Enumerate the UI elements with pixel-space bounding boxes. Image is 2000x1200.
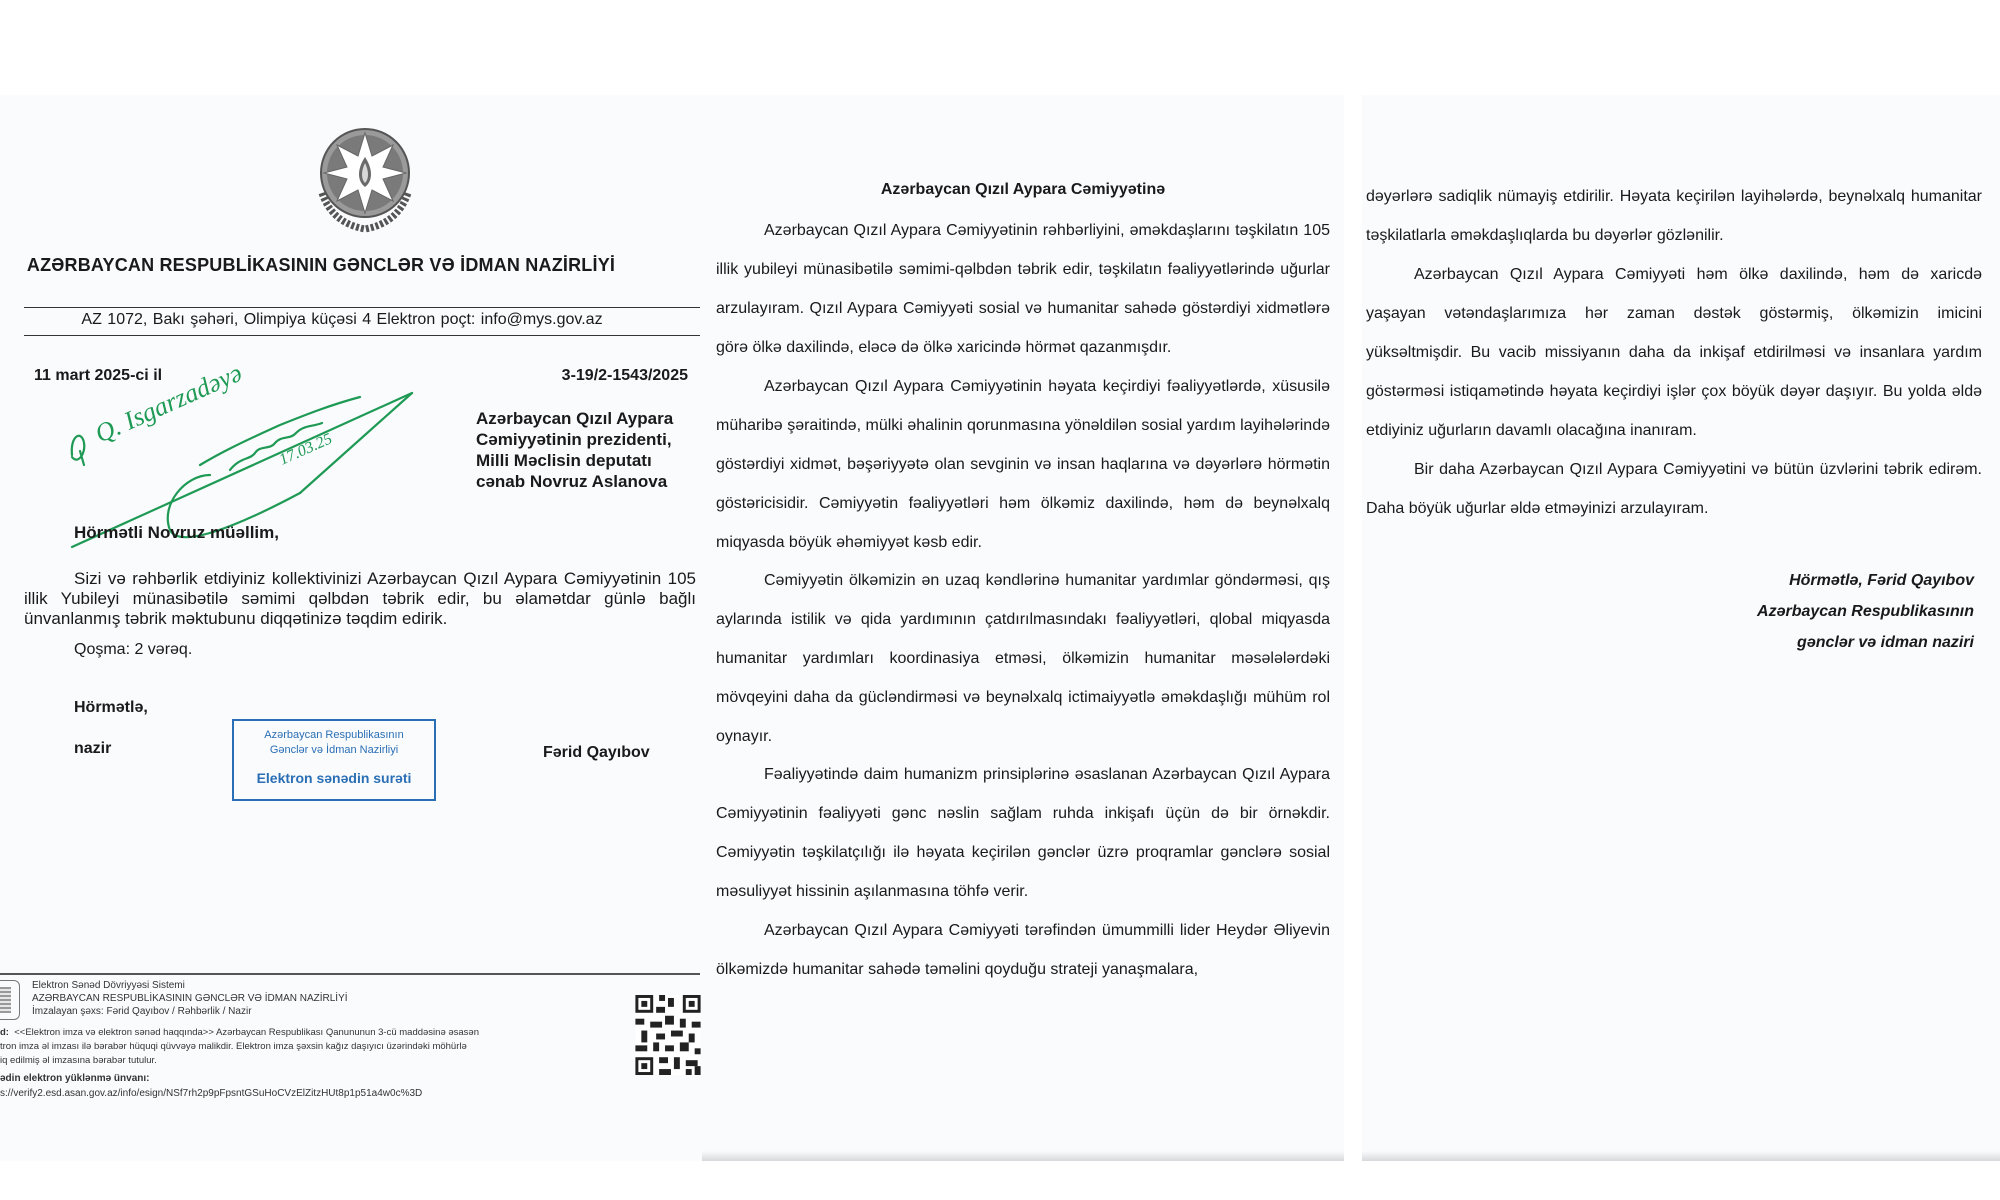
download-url[interactable]: s://verify2.esd.asan.gov.az/info/esign/N… [0,1088,422,1099]
recipient-line: Milli Məclisin deputatı [476,450,673,471]
esign-info: Elektron Sənəd Dövriyyəsi Sistemi AZƏRBA… [32,979,348,1018]
page-edge [702,1151,1344,1161]
paragraph: Azərbaycan Qızıl Aypara Cəmiyyətinin rəh… [716,211,1330,367]
letter-date: 11 mart 2025-ci il [34,367,162,385]
handwritten-resolution: Q. Isgarzadəyə 17.03.25 [60,325,440,555]
divider [24,307,700,308]
ministry-address: AZ 1072, Bakı şəhəri, Olimpiya küçəsi 4 … [24,311,700,329]
download-url-label: ədin elektron yüklənmə ünvanı: [0,1073,149,1084]
stamp-line: Azərbaycan Respublikasının [234,728,434,743]
recipient-line: cənab Novruz Aslanova [476,471,673,492]
paragraph: Bir daha Azərbaycan Qızıl Aypara Cəmiyyə… [1366,450,1982,528]
paragraph: Cəmiyyətin ölkəmizin ən uzaq kəndlərinə … [716,561,1330,756]
signature-line: gənclər və idman naziri [1757,627,1974,658]
signature-line: Azərbaycan Respublikasının [1757,596,1974,627]
paragraph-text: Bir daha Azərbaycan Qızıl Aypara Cəmiyyə… [1366,461,1982,517]
closing: Hörmətlə, [74,699,148,717]
paragraph: Azərbaycan Qızıl Aypara Cəmiyyətinin həy… [716,367,1330,562]
ministry-title: AZƏRBAYCAN RESPUBLİKASININ GƏNCLƏR VƏ İD… [0,255,702,276]
paragraph: dəyərlərə sadiqlik nümayiş etdirilir. Hə… [1366,177,1982,255]
stamp-line: Gənclər və İdman Nazirliyi [234,743,434,758]
handwritten-date: 17.03.25 [277,430,335,468]
recipient-block: Azərbaycan Qızıl Aypara Cəmiyyətinin pre… [476,408,673,492]
paragraph-text: dəyərlərə sadiqlik nümayiş etdirilir. Hə… [1366,188,1982,244]
stamp-title: Elektron sənədin surəti [234,770,434,786]
congratulation-letter-page-2: dəyərlərə sadiqlik nümayiş etdirilir. Hə… [1362,95,2000,1161]
letter-body: Sizi və rəhbərlik etdiyiniz kollektivini… [24,569,696,629]
legal-label: d: [0,1027,9,1038]
signer-title: nazir [74,740,111,758]
legal-text: iq edilmiş əl imzasına bərabər tutulur. [0,1054,500,1068]
legal-text: <<Elektron imza və elektron sənəd haqqın… [14,1027,479,1038]
cover-letter-page: AZƏRBAYCAN RESPUBLİKASININ GƏNCLƏR VƏ İD… [0,95,702,1161]
legal-text: tron imza əl imzası ilə bərabər hüquqi q… [0,1040,500,1054]
congratulation-letter-page-1: Azərbaycan Qızıl Aypara Cəmiyyətinə Azər… [702,95,1344,1161]
signature-block: Hörmətlə, Fərid Qayıbov Azərbaycan Respu… [1757,565,1974,658]
footer-divider [0,973,700,975]
paragraph-text: Azərbaycan Qızıl Aypara Cəmiyyəti həm öl… [1366,266,1982,439]
paragraph-text: Fəaliyyətində daim humanizm prinsiplərin… [716,766,1330,900]
esign-system: Elektron Sənəd Dövriyyəsi Sistemi [32,979,348,992]
page-edge [1362,1151,2000,1161]
salutation: Hörmətli Novruz müəllim, [74,523,279,543]
letter-heading: Azərbaycan Qızıl Aypara Cəmiyyətinə [702,181,1344,199]
attachment-note: Qoşma: 2 vərəq. [74,641,192,659]
paragraph-text: Azərbaycan Qızıl Aypara Cəmiyyəti tərəfi… [716,922,1330,978]
signer-name: Fərid Qayıbov [543,744,650,762]
document-seal-icon [0,980,20,1020]
reference-number: 3-19/2-1543/2025 [562,367,688,385]
paragraph: Azərbaycan Qızıl Aypara Cəmiyyəti həm öl… [1366,255,1982,450]
state-emblem-icon [312,123,418,235]
paragraph: Azərbaycan Qızıl Aypara Cəmiyyəti tərəfi… [716,911,1330,989]
paragraph-text: Azərbaycan Qızıl Aypara Cəmiyyətinin rəh… [716,222,1330,356]
esign-signer: İmzalayan şəxs: Fərid Qayıbov / Rəhbərli… [32,1005,348,1018]
esign-org: AZƏRBAYCAN RESPUBLİKASININ GƏNCLƏR VƏ İD… [32,992,348,1005]
signature-line: Hörmətlə, Fərid Qayıbov [1757,565,1974,596]
paragraph-text: Azərbaycan Qızıl Aypara Cəmiyyətinin həy… [716,378,1330,551]
qr-code-icon[interactable] [635,995,701,1075]
legal-notice: d: <<Elektron imza və elektron sənəd haq… [0,1026,500,1068]
recipient-line: Cəmiyyətinin prezidenti, [476,429,673,450]
recipient-line: Azərbaycan Qızıl Aypara [476,408,673,429]
divider [24,335,700,336]
paragraph-text: Cəmiyyətin ölkəmizin ən uzaq kəndlərinə … [716,572,1330,745]
electronic-copy-stamp: Azərbaycan Respublikasının Gənclər və İd… [232,719,436,801]
paragraph: Fəaliyyətində daim humanizm prinsiplərin… [716,755,1330,911]
